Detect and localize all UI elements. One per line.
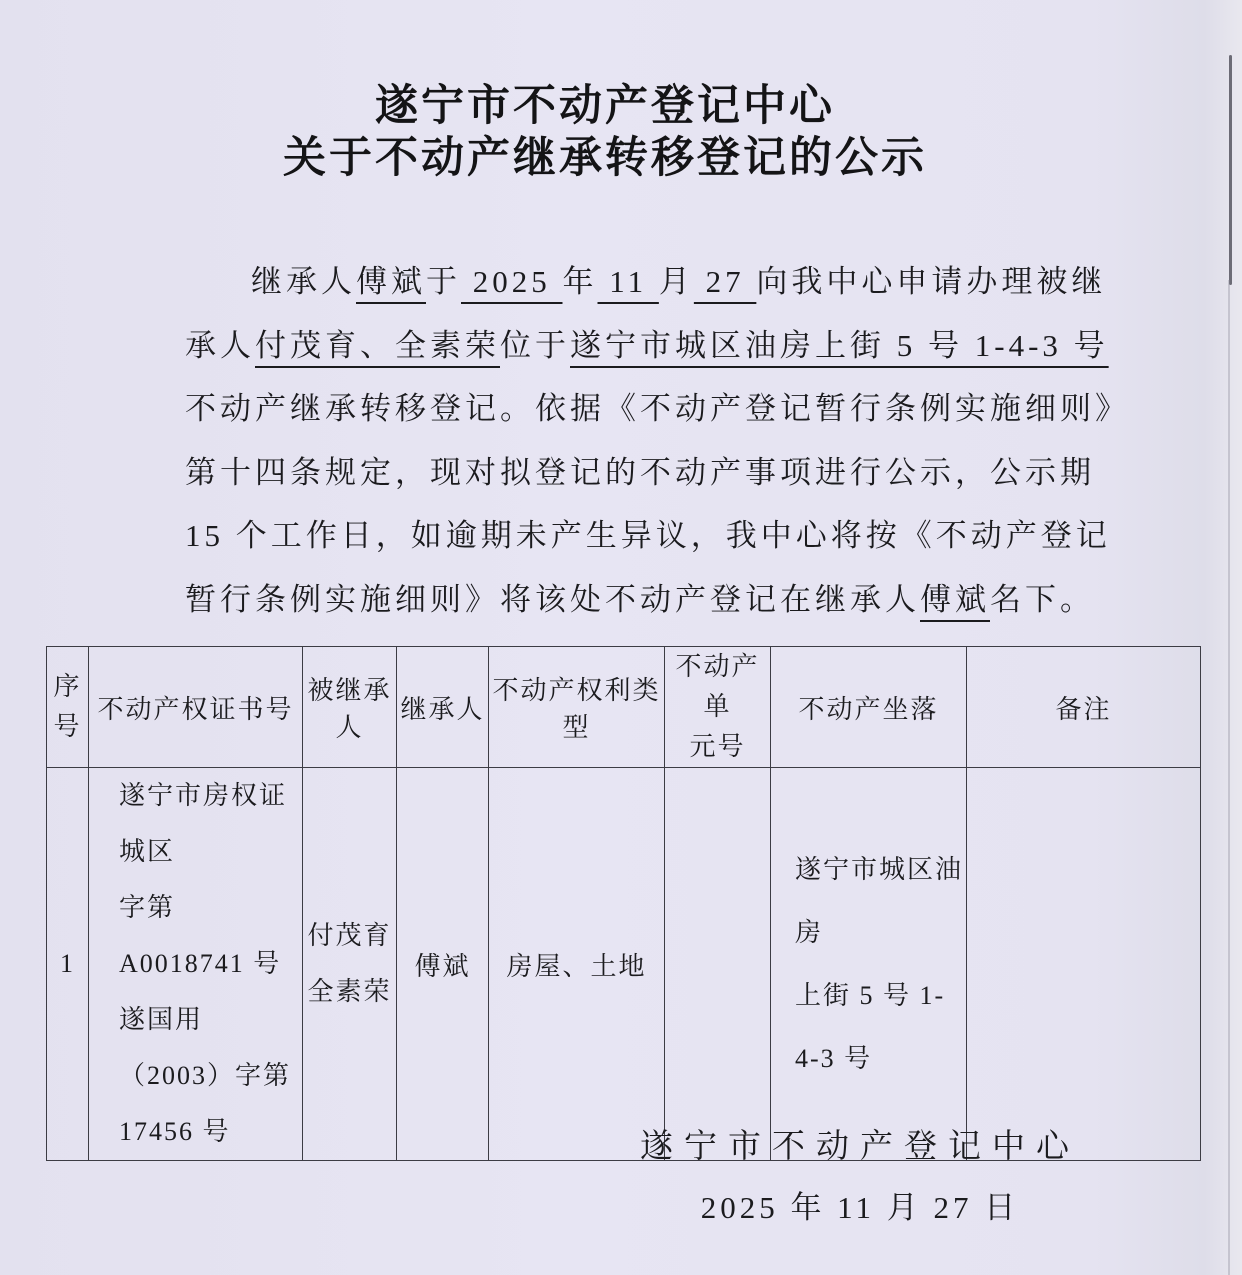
text-segment: 月 (659, 264, 694, 299)
header-decedent: 被继承人 (303, 647, 397, 768)
header-right-type: 不动产权利类型 (489, 647, 665, 768)
paragraph-line-6: 暂行条例实施细则》将该处不动产登记在继承人傅斌名下。 (185, 568, 1105, 632)
cell-right-type: 房屋、土地 (489, 768, 665, 1161)
text-segment: 承人 (185, 328, 255, 363)
signature-date: 2025 年 11 月 27 日 (700, 1182, 1020, 1227)
signature-org-name: 遂宁市不动产登记中心 (640, 1120, 1080, 1167)
cell-seq: 1 (47, 768, 89, 1161)
text-segment: 不动产继承转移登记。依据《不动产登记暂行条例实施细则》 (185, 391, 1130, 426)
text-segment: 于 (426, 264, 461, 299)
header-seq-line1: 序 (47, 667, 88, 707)
cert-line1: 遂宁市房权证城区 (119, 768, 302, 880)
scan-edge-artifact (1229, 55, 1232, 285)
header-unit-line1: 不动产单 (665, 647, 770, 727)
cert-line4: 17456 号 (119, 1104, 302, 1160)
location-line2: 上街 5 号 1-4-3 号 (795, 964, 966, 1090)
table-header-row: 序 号 不动产权证书号 被继承人 继承人 不动产权利类型 不动产单 元号 不动产… (47, 647, 1201, 768)
decedent-line2: 全素荣 (303, 964, 396, 1020)
text-segment: 第十四条规定，现对拟登记的不动产事项进行公示，公示期 (185, 455, 1095, 490)
underlined-heir-name: 傅斌 (920, 582, 990, 617)
scan-edge-shadow (1228, 280, 1230, 1275)
header-remarks: 备注 (967, 647, 1201, 768)
text-segment: 向我中心申请办理被继 (756, 264, 1106, 299)
paragraph-line-1: 继承人傅斌于 2025 年 11 月 27 向我中心申请办理被继 (185, 250, 1105, 314)
notice-paragraph: 继承人傅斌于 2025 年 11 月 27 向我中心申请办理被继 承人付茂育、全… (185, 250, 1105, 631)
underlined-heir-name: 傅斌 (356, 264, 426, 299)
text-segment: 名下。 (990, 582, 1095, 617)
paragraph-line-4: 第十四条规定，现对拟登记的不动产事项进行公示，公示期 (185, 441, 1105, 505)
page-title: 遂宁市不动产登记中心 关于不动产继承转移登记的公示 (0, 80, 1210, 184)
paragraph-line-5: 15 个工作日，如逾期未产生异议，我中心将按《不动产登记 (185, 504, 1105, 568)
text-segment: 继承人 (251, 264, 356, 299)
header-cert-number: 不动产权证书号 (89, 647, 303, 768)
underlined-property-address: 遂宁市城区油房上街 5 号 1-4-3 号 (570, 328, 1109, 363)
cell-cert-number: 遂宁市房权证城区 字第 A0018741 号 遂国用（2003）字第 17456… (89, 768, 303, 1161)
cell-location: 遂宁市城区油房 上街 5 号 1-4-3 号 (771, 768, 967, 1161)
location-line1: 遂宁市城区油房 (795, 838, 966, 964)
header-unit-number: 不动产单 元号 (665, 647, 771, 768)
header-seq-line2: 号 (47, 707, 88, 747)
text-segment: 15 个工作日，如逾期未产生异议，我中心将按《不动产登记 (185, 518, 1111, 553)
cert-line2: 字第 A0018741 号 (119, 880, 302, 992)
cell-unit-number (665, 768, 771, 1161)
header-heir: 继承人 (397, 647, 489, 768)
cell-decedent: 付茂育 全素荣 (303, 768, 397, 1161)
text-segment: 年 (563, 264, 598, 299)
underlined-year: 2025 (461, 264, 563, 299)
underlined-month: 11 (598, 264, 659, 299)
page-title-line1: 遂宁市不动产登记中心 (0, 80, 1210, 132)
registration-table: 序 号 不动产权证书号 被继承人 继承人 不动产权利类型 不动产单 元号 不动产… (46, 646, 1201, 1161)
cell-remarks (967, 768, 1201, 1161)
text-segment: 暂行条例实施细则》将该处不动产登记在继承人 (185, 582, 920, 617)
header-seq: 序 号 (47, 647, 89, 768)
header-location: 不动产坐落 (771, 647, 967, 768)
paragraph-line-2: 承人付茂育、全素荣位于遂宁市城区油房上街 5 号 1-4-3 号 (185, 314, 1105, 378)
text-segment: 位于 (500, 328, 570, 363)
decedent-line1: 付茂育 (303, 908, 396, 964)
header-unit-line2: 元号 (665, 727, 770, 767)
underlined-decedent-names: 付茂育、全素荣 (255, 328, 500, 363)
page-title-line2: 关于不动产继承转移登记的公示 (0, 132, 1210, 184)
paragraph-line-3: 不动产继承转移登记。依据《不动产登记暂行条例实施细则》 (185, 377, 1105, 441)
underlined-day: 27 (694, 264, 757, 299)
table-row: 1 遂宁市房权证城区 字第 A0018741 号 遂国用（2003）字第 174… (47, 768, 1201, 1161)
cell-heir: 傅斌 (397, 768, 489, 1161)
cert-line3: 遂国用（2003）字第 (119, 992, 302, 1104)
